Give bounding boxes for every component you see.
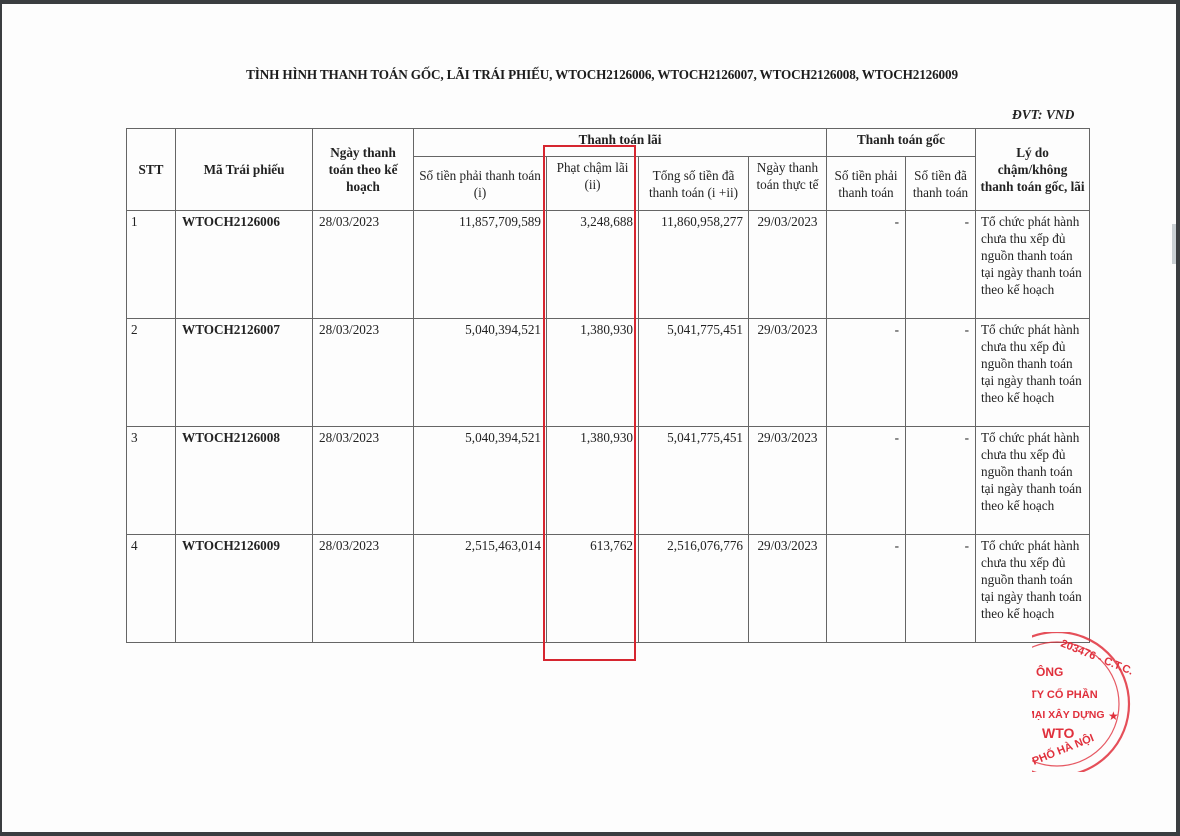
cell-bond-code: WTOCH2126007 [176,319,313,427]
header-bond-code: Mã Trái phiếu [176,129,313,211]
stamp-line: WTO [1042,725,1075,741]
table-row: 1 WTOCH2126006 28/03/2023 11,857,709,589… [127,211,1090,319]
cell-bond-code: WTOCH2126008 [176,427,313,535]
header-late-penalty: Phạt chậm lãi (ii) [547,157,639,211]
cell-stt: 4 [127,535,176,643]
cell-interest-due: 5,040,394,521 [414,427,547,535]
company-seal-stamp: 203476 - C.T.C.P PHỐ HÀ NỘI ★ ÔNG TY CỔ … [1032,632,1132,772]
header-interest-due: Số tiền phải thanh toán (i) [414,157,547,211]
bond-payment-table: STT Mã Trái phiếu Ngày thanh toán theo k… [126,128,1090,643]
cell-reason: Tổ chức phát hành chưa thu xếp đủ nguồn … [976,427,1090,535]
cell-stt: 1 [127,211,176,319]
cell-principal-due: - [827,427,906,535]
cell-principal-due: - [827,319,906,427]
table-row: 2 WTOCH2126007 28/03/2023 5,040,394,521 … [127,319,1090,427]
cell-planned-date: 28/03/2023 [313,211,414,319]
cell-interest-due: 2,515,463,014 [414,535,547,643]
cell-planned-date: 28/03/2023 [313,427,414,535]
cell-total-paid: 5,041,775,451 [639,319,749,427]
svg-text:★: ★ [1108,709,1119,723]
cell-total-paid: 11,860,958,277 [639,211,749,319]
cell-late-penalty: 3,248,688 [547,211,639,319]
cell-stt: 2 [127,319,176,427]
table-row: 3 WTOCH2126008 28/03/2023 5,040,394,521 … [127,427,1090,535]
header-principal-paid: Số tiền đã thanh toán [906,157,976,211]
cell-reason: Tổ chức phát hành chưa thu xếp đủ nguồn … [976,535,1090,643]
cell-principal-paid: - [906,427,976,535]
cell-principal-due: - [827,211,906,319]
cell-actual-date: 29/03/2023 [749,535,827,643]
document-title: TÌNH HÌNH THANH TOÁN GỐC, LÃI TRÁI PHIẾU… [2,67,1180,83]
cell-planned-date: 28/03/2023 [313,319,414,427]
header-principal-group: Thanh toán gốc [827,129,976,157]
cell-interest-due: 5,040,394,521 [414,319,547,427]
cell-reason: Tổ chức phát hành chưa thu xếp đủ nguồn … [976,319,1090,427]
cell-principal-paid: - [906,211,976,319]
cell-actual-date: 29/03/2023 [749,319,827,427]
cell-actual-date: 29/03/2023 [749,211,827,319]
document-page: TÌNH HÌNH THANH TOÁN GỐC, LÃI TRÁI PHIẾU… [2,4,1176,832]
stamp-line: TY CỔ PHẦN [1032,688,1098,701]
cell-late-penalty: 1,380,930 [547,427,639,535]
cell-planned-date: 28/03/2023 [313,535,414,643]
cell-late-penalty: 613,762 [547,535,639,643]
header-reason: Lý do chậm/không thanh toán gốc, lãi [976,129,1090,211]
cell-principal-due: - [827,535,906,643]
cell-total-paid: 5,041,775,451 [639,427,749,535]
currency-unit-label: ĐVT: VND [1012,107,1074,123]
header-interest-group: Thanh toán lãi [414,129,827,157]
cell-actual-date: 29/03/2023 [749,427,827,535]
header-actual-date: Ngày thanh toán thực tế [749,157,827,211]
header-principal-due: Số tiền phải thanh toán [827,157,906,211]
header-total-paid: Tổng số tiền đã thanh toán (i +ii) [639,157,749,211]
cell-principal-paid: - [906,319,976,427]
cell-late-penalty: 1,380,930 [547,319,639,427]
cell-bond-code: WTOCH2126006 [176,211,313,319]
header-planned-date: Ngày thanh toán theo kế hoạch [313,129,414,211]
page-edge-artifact [1172,224,1176,264]
cell-bond-code: WTOCH2126009 [176,535,313,643]
cell-stt: 3 [127,427,176,535]
header-stt: STT [127,129,176,211]
cell-principal-paid: - [906,535,976,643]
cell-reason: Tổ chức phát hành chưa thu xếp đủ nguồn … [976,211,1090,319]
stamp-line: ÔNG [1036,664,1063,679]
cell-interest-due: 11,857,709,589 [414,211,547,319]
table-row: 4 WTOCH2126009 28/03/2023 2,515,463,014 … [127,535,1090,643]
cell-total-paid: 2,516,076,776 [639,535,749,643]
stamp-line: MẠI XÂY DỰNG [1032,708,1105,721]
